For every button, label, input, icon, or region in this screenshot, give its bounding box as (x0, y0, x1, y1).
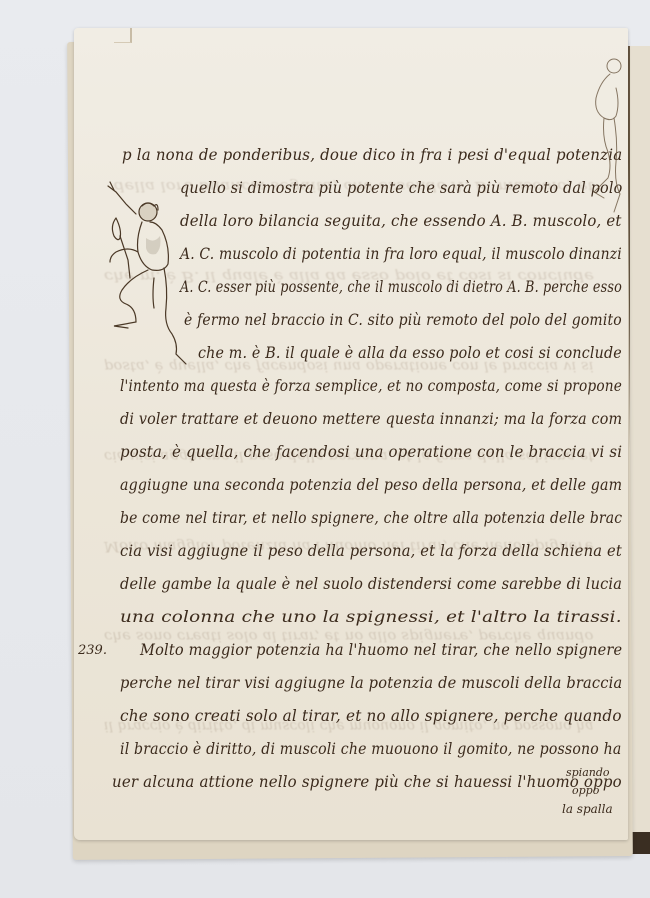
text-line-19: il braccio è diritto, di muscoli che muo… (120, 740, 621, 758)
margin-note-la-spalla: la spalla (562, 802, 613, 816)
text-line-6: è fermo nel braccio in C. sito più remot… (184, 311, 622, 329)
manuscript-page: della loro bilancia seguita, che essendo… (74, 28, 628, 840)
text-line-10: posta, è quella, che facendosi una opera… (120, 443, 622, 461)
figure-sketch-right-icon (588, 52, 628, 222)
text-line-11: aggiugne una seconda potenzia del peso d… (120, 476, 622, 494)
text-line-20: uer alcuna attione nello spignere più ch… (112, 773, 622, 791)
text-line-5: A. C. esser più possente, che il muscolo… (180, 278, 622, 296)
text-line-17: perche nel tirar visi aggiugne la potenz… (120, 674, 622, 692)
text-line-1: p la nona de ponderibus, doue dico in fr… (122, 146, 622, 164)
text-line-3: della loro bilancia seguita, che essendo… (180, 212, 622, 230)
figure-sketch-left-icon (102, 178, 192, 368)
text-line-15: una colonna che uno la spignessi, et l'a… (120, 608, 622, 626)
text-line-13: cia visi aggiugne il peso della persona,… (120, 542, 622, 560)
text-line-18: che sono creati solo al tirar, et no all… (120, 707, 622, 725)
text-body: p la nona de ponderibus, doue dico in fr… (74, 28, 628, 840)
paragraph-number: 239. (78, 643, 107, 658)
text-line-9: di voler trattare et deuono mettere ques… (120, 410, 622, 428)
margin-note-oppo: oppo (572, 784, 599, 797)
text-line-4: A. C. muscolo di potentia in fra loro eq… (180, 245, 622, 263)
text-line-2: quello si dimostra più potente che sarà … (180, 179, 622, 197)
margin-note-spiando: spiando (566, 766, 610, 779)
text-line-16: Molto maggior potenzia ha l'huomo nel ti… (140, 641, 622, 659)
text-line-8: l'intento ma questa è forza semplice, et… (120, 377, 622, 395)
text-line-7: che m. è B. il quale è alla da esso polo… (198, 344, 622, 362)
text-line-14: delle gambe la quale è nel suolo distend… (120, 575, 622, 593)
text-line-12: be come nel tirar, et nello spignere, ch… (120, 509, 622, 527)
